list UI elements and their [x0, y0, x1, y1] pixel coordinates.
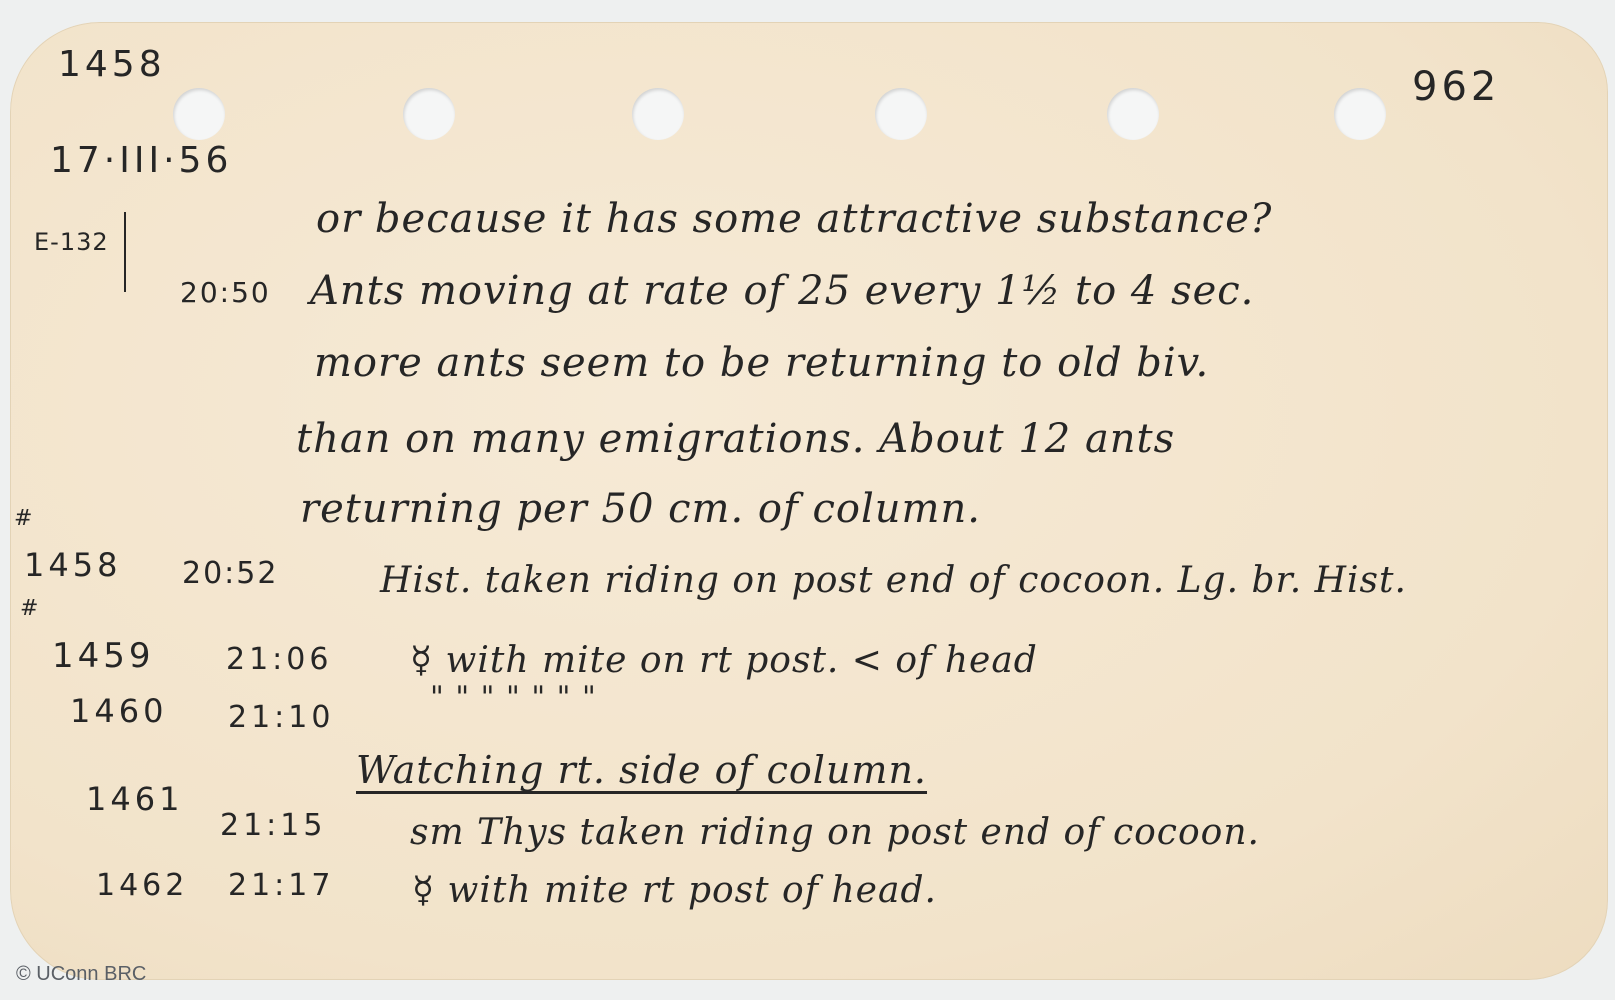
punch-hole — [173, 88, 225, 140]
catalog-number-right: 962 — [1412, 64, 1500, 110]
entry-time: 21:06 — [226, 642, 332, 677]
entry-text: Hist. taken riding on post end of cocoon… — [380, 560, 1407, 601]
entry-text: ☿ with mite rt post of head. — [412, 870, 937, 911]
section-heading: Watching rt. side of column. — [356, 748, 927, 792]
experiment-ref: E-132 — [34, 228, 109, 256]
punch-hole — [403, 88, 455, 140]
note-line-1: or because it has some attractive substa… — [316, 196, 1272, 242]
entry-text: sm Thys taken riding on post end of coco… — [410, 812, 1260, 853]
catalog-number-left: 1458 — [58, 44, 166, 85]
entry-mark: # — [14, 506, 36, 531]
bracket-arrow-icon — [124, 212, 140, 292]
entry-id: 1461 — [86, 780, 183, 818]
date: 17·III·56 — [50, 140, 232, 181]
entry-text: " " " " " " " — [430, 680, 597, 715]
entry-id: 1462 — [96, 868, 188, 903]
entry-text: ☿ with mite on rt post. < of head — [410, 640, 1038, 681]
entry-mark: # — [20, 596, 42, 621]
note-time: 20:50 — [180, 276, 271, 309]
punch-hole — [1107, 88, 1159, 140]
entry-time: 21:10 — [228, 700, 334, 735]
entry-time: 20:52 — [182, 556, 278, 591]
entry-id: 1458 — [24, 546, 121, 584]
note-line-2: Ants moving at rate of 25 every 1½ to 4 … — [310, 268, 1254, 314]
entry-time: 21:17 — [228, 868, 334, 903]
punch-hole — [875, 88, 927, 140]
punch-hole — [632, 88, 684, 140]
note-line-3: more ants seem to be returning to old bi… — [314, 340, 1209, 386]
note-line-4: than on many emigrations. About 12 ants — [296, 416, 1175, 462]
entry-id: 1459 — [52, 636, 155, 676]
entry-id: 1460 — [70, 692, 167, 730]
copyright-label: © UConn BRC — [16, 963, 146, 986]
entry-time: 21:15 — [220, 808, 326, 843]
note-line-5: returning per 50 cm. of column. — [300, 486, 981, 532]
punch-hole — [1334, 88, 1386, 140]
